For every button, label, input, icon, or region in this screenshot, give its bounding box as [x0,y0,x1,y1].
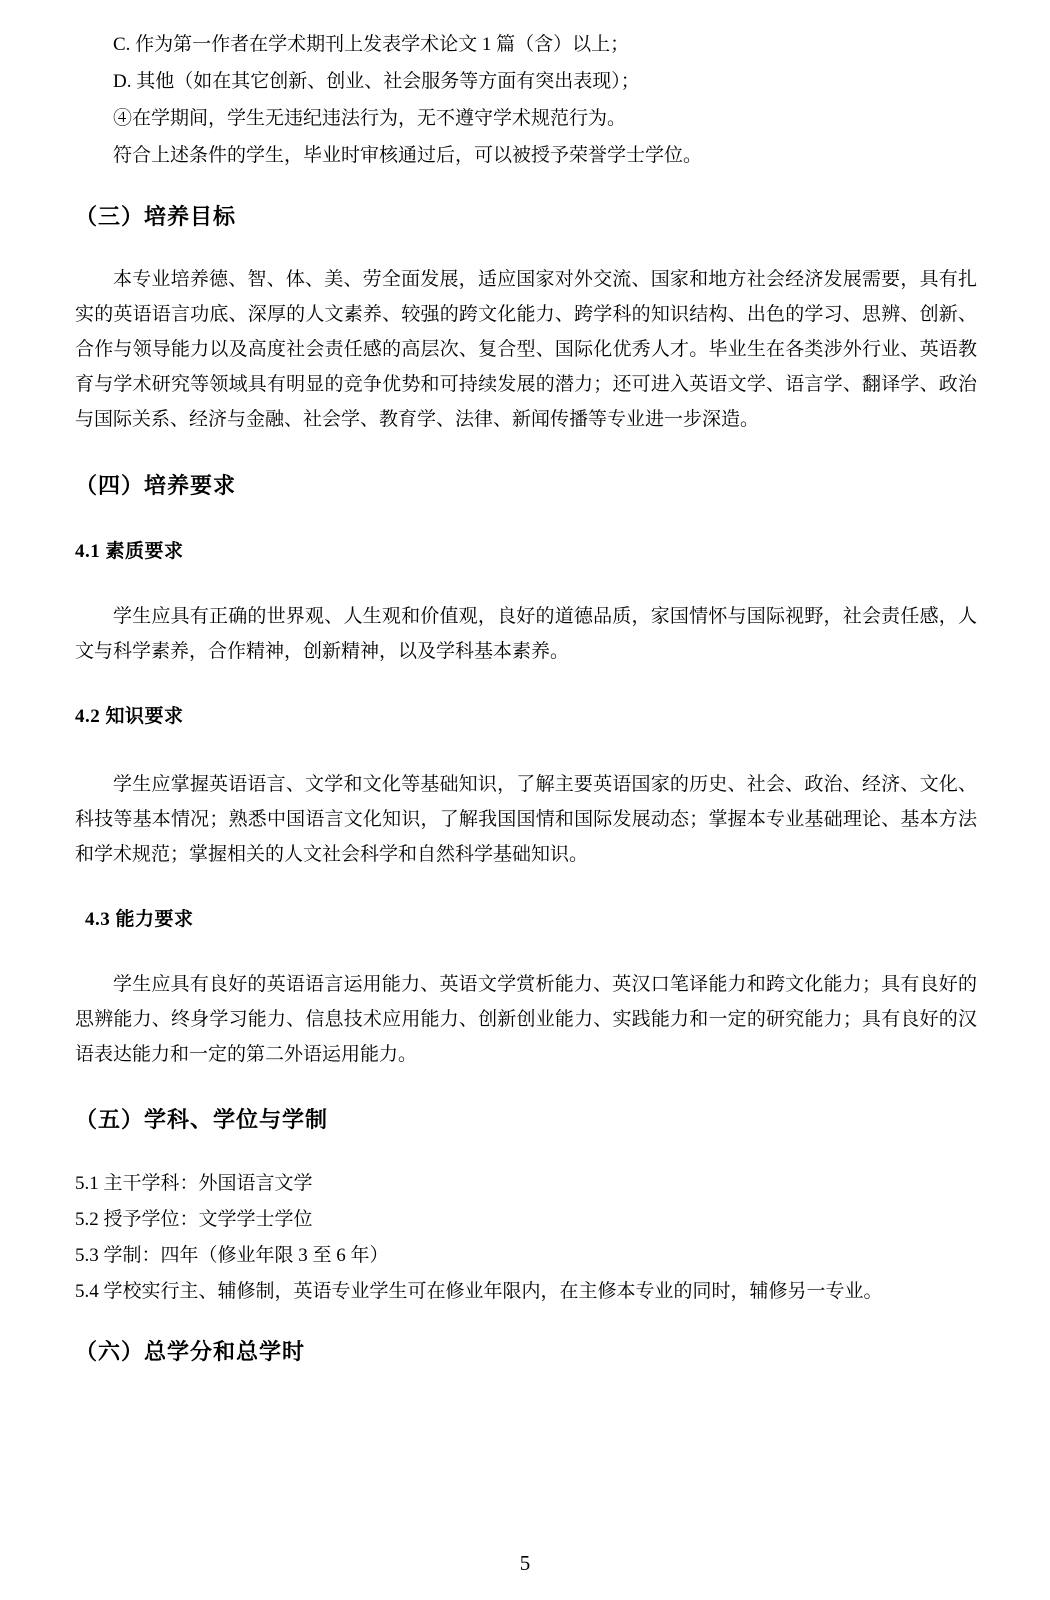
item-5-1-major-discipline: 5.1 主干学科：外国语言文学 [75,1166,977,1202]
honor-criterion-d: D. 其他（如在其它创新、创业、社会服务等方面有突出表现）； [75,63,977,100]
subsection-4-3-heading: 4.3 能力要求 [75,909,977,931]
section-6-heading: （六）总学分和总学时 [75,1337,977,1367]
section-5-item-list: 5.1 主干学科：外国语言文学 5.2 授予学位：文学学士学位 5.3 学制：四… [75,1166,977,1310]
subsection-4-1-paragraph: 学生应具有正确的世界观、人生观和价值观，良好的道德品质，家国情怀与国际视野，社会… [75,599,977,669]
item-5-4-minor-system: 5.4 学校实行主、辅修制，英语专业学生可在修业年限内，在主修本专业的同时，辅修… [75,1274,977,1310]
item-5-3-duration: 5.3 学制：四年（修业年限 3 至 6 年） [75,1238,977,1274]
subsection-4-2-paragraph: 学生应掌握英语语言、文学和文化等基础知识，了解主要英语国家的历史、社会、政治、经… [75,767,977,872]
section-4-heading: （四）培养要求 [75,471,977,501]
item-5-2-degree-awarded: 5.2 授予学位：文学学士学位 [75,1202,977,1238]
subsection-4-2-heading: 4.2 知识要求 [75,706,977,728]
section-3-heading: （三）培养目标 [75,202,977,232]
honor-award-statement: 符合上述条件的学生，毕业时审核通过后，可以被授予荣誉学士学位。 [75,137,977,174]
honor-condition-discipline: ④在学期间，学生无违纪违法行为，无不遵守学术规范行为。 [75,100,977,137]
document-page: C. 作为第一作者在学术期刊上发表学术论文 1 篇（含）以上； D. 其他（如在… [0,0,1050,1600]
section-3-paragraph: 本专业培养德、智、体、美、劳全面发展，适应国家对外交流、国家和地方社会经济发展需… [75,262,977,437]
honor-criterion-c: C. 作为第一作者在学术期刊上发表学术论文 1 篇（含）以上； [75,26,977,63]
page-number: 5 [0,1548,1050,1578]
subsection-4-3-paragraph: 学生应具有良好的英语语言运用能力、英语文学赏析能力、英汉口笔译能力和跨文化能力；… [75,967,977,1072]
section-5-heading: （五）学科、学位与学制 [75,1105,977,1135]
subsection-4-1-heading: 4.1 素质要求 [75,541,977,563]
